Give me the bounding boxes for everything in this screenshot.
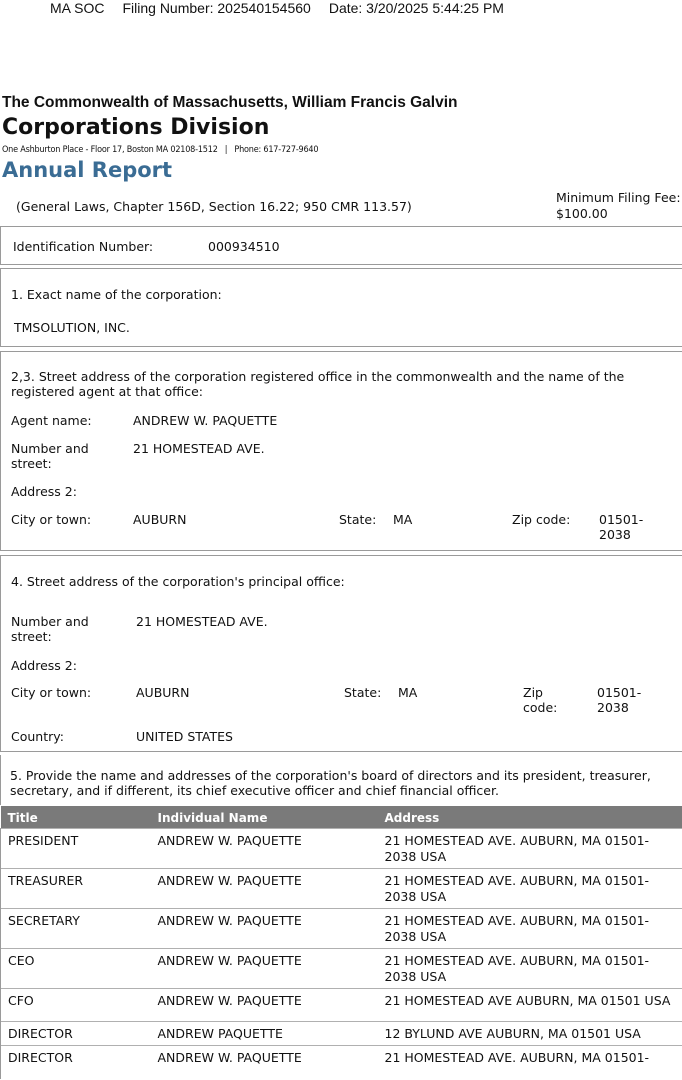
officer-title: CEO xyxy=(1,949,151,989)
city-value: AUBURN xyxy=(133,512,186,527)
officer-name: ANDREW W. PAQUETTE xyxy=(151,989,378,1022)
fee-label: Minimum Filing Fee: xyxy=(556,190,681,206)
fee-value: $100.00 xyxy=(556,206,681,222)
column-title: Title xyxy=(1,806,151,829)
table-row: CFO ANDREW W. PAQUETTE 21 HOMESTEAD AVE … xyxy=(1,989,682,1022)
table-row: CEO ANDREW W. PAQUETTE 21 HOMESTEAD AVE.… xyxy=(1,949,682,989)
table-row: DIRECTOR ANDREW PAQUETTE 12 BYLUND AVE A… xyxy=(1,1022,682,1046)
identification-value: 000934510 xyxy=(208,239,280,254)
officers-table: Title Individual Name Address PRESIDENT … xyxy=(0,806,682,1079)
identification-label: Identification Number: xyxy=(13,239,153,254)
agent-label: Agent name: xyxy=(11,413,92,428)
officer-address: 21 HOMESTEAD AVE. AUBURN, MA 01501-2038 … xyxy=(378,869,682,909)
section-1-label: 1. Exact name of the corporation: xyxy=(11,287,222,302)
city-label: City or town: xyxy=(11,512,91,527)
zip-value: 01501-2038 xyxy=(599,512,647,542)
document-header: The Commonwealth of Massachusetts, Willi… xyxy=(2,93,682,183)
street-label: Number and street: xyxy=(11,441,101,471)
officer-address: 12 BYLUND AVE AUBURN, MA 01501 USA xyxy=(378,1022,682,1046)
column-individual-name: Individual Name xyxy=(151,806,378,829)
officer-title: DIRECTOR xyxy=(1,1046,151,1079)
country-label: Country: xyxy=(11,729,64,744)
table-row: DIRECTOR ANDREW W. PAQUETTE 21 HOMESTEAD… xyxy=(1,1046,682,1079)
commonwealth-title: The Commonwealth of Massachusetts, Willi… xyxy=(2,93,682,113)
principal-city-value: AUBURN xyxy=(136,685,189,700)
section-1-box: 1. Exact name of the corporation: TMSOLU… xyxy=(0,268,682,347)
table-row: PRESIDENT ANDREW W. PAQUETTE 21 HOMESTEA… xyxy=(1,829,682,869)
division-title: Corporations Division xyxy=(2,114,682,142)
officer-name: ANDREW W. PAQUETTE xyxy=(151,1046,378,1079)
state-label: State: xyxy=(339,512,376,527)
officer-address: 21 HOMESTEAD AVE. AUBURN, MA 01501-2038 … xyxy=(378,829,682,869)
column-address: Address xyxy=(378,806,682,829)
officer-title: SECRETARY xyxy=(1,909,151,949)
officer-address: 21 HOMESTEAD AVE. AUBURN, MA 01501- xyxy=(378,1046,682,1079)
officers-table-header: Title Individual Name Address xyxy=(1,806,682,829)
officer-name: ANDREW PAQUETTE xyxy=(151,1022,378,1046)
principal-state-label: State: xyxy=(344,685,381,700)
officer-address: 21 HOMESTEAD AVE AUBURN, MA 01501 USA xyxy=(378,989,682,1022)
corporation-name: TMSOLUTION, INC. xyxy=(14,320,130,335)
section-23-label: 2,3. Street address of the corporation r… xyxy=(11,369,651,399)
section-23-box: 2,3. Street address of the corporation r… xyxy=(0,351,682,551)
officer-address: 21 HOMESTEAD AVE. AUBURN, MA 01501-2038 … xyxy=(378,909,682,949)
principal-city-label: City or town: xyxy=(11,685,91,700)
street-value: 21 HOMESTEAD AVE. xyxy=(133,441,265,456)
principal-zip-value: 01501-2038 xyxy=(597,685,645,715)
table-row: TREASURER ANDREW W. PAQUETTE 21 HOMESTEA… xyxy=(1,869,682,909)
section-5-label: 5. Provide the name and addresses of the… xyxy=(10,768,670,798)
report-title: Annual Report xyxy=(2,157,682,183)
officer-name: ANDREW W. PAQUETTE xyxy=(151,829,378,869)
filing-header-line: MA SOCFiling Number: 202540154560Date: 3… xyxy=(50,0,522,16)
section-4-label: 4. Street address of the corporation's p… xyxy=(11,574,345,589)
table-row: SECRETARY ANDREW W. PAQUETTE 21 HOMESTEA… xyxy=(1,909,682,949)
laws-reference: (General Laws, Chapter 156D, Section 16.… xyxy=(16,199,412,214)
officer-title: PRESIDENT xyxy=(1,829,151,869)
address2-label: Address 2: xyxy=(11,484,77,499)
officer-address: 21 HOMESTEAD AVE. AUBURN, MA 01501-2038 … xyxy=(378,949,682,989)
section-4-box: 4. Street address of the corporation's p… xyxy=(0,555,682,752)
principal-street-label: Number and street: xyxy=(11,614,101,644)
principal-state-value: MA xyxy=(398,685,417,700)
agency-label: MA SOC xyxy=(50,0,104,16)
principal-zip-label: Zip code: xyxy=(523,685,563,715)
filing-fee: Minimum Filing Fee: $100.00 xyxy=(556,190,681,222)
filing-date: Date: 3/20/2025 5:44:25 PM xyxy=(329,0,504,16)
principal-address2-label: Address 2: xyxy=(11,658,77,673)
officer-name: ANDREW W. PAQUETTE xyxy=(151,949,378,989)
country-value: UNITED STATES xyxy=(136,729,233,744)
agent-value: ANDREW W. PAQUETTE xyxy=(133,413,277,428)
identification-box: Identification Number: 000934510 xyxy=(0,226,682,265)
office-address: One Ashburton Place - Floor 17, Boston M… xyxy=(2,143,682,157)
zip-label: Zip code: xyxy=(512,512,570,527)
filing-number: Filing Number: 202540154560 xyxy=(122,0,310,16)
officer-title: CFO xyxy=(1,989,151,1022)
section-5-border xyxy=(0,755,1,805)
officer-name: ANDREW W. PAQUETTE xyxy=(151,909,378,949)
officer-title: TREASURER xyxy=(1,869,151,909)
principal-street-value: 21 HOMESTEAD AVE. xyxy=(136,614,268,629)
officer-title: DIRECTOR xyxy=(1,1022,151,1046)
state-value: MA xyxy=(393,512,412,527)
officer-name: ANDREW W. PAQUETTE xyxy=(151,869,378,909)
